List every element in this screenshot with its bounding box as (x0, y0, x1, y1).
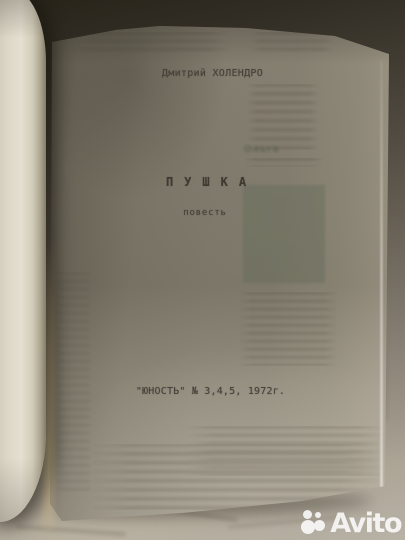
avito-logo-circle (315, 512, 321, 518)
bleedthrough-text-block (244, 158, 324, 167)
bleedthrough-text-block (238, 292, 338, 366)
book-title: ПУШКА (46, 175, 392, 189)
bleedthrough-text-block (250, 32, 334, 53)
avito-wordmark: Avito (330, 510, 401, 537)
genre-label: повесть (46, 208, 392, 218)
author-name: Дмитрий ХОЛЕНДРО (46, 68, 392, 79)
avito-logo-circle (314, 520, 325, 531)
publication-note: "ЮНОСТЬ" № 3,4,5, 1972г. (46, 386, 392, 397)
book-title-page: Ольга Дмитрий ХОЛЕНДРО ПУШКА повесть "ЮН… (46, 24, 392, 526)
avito-logo-icon (301, 507, 327, 534)
book-photo: Ольга Дмитрий ХОЛЕНДРО ПУШКА повесть "ЮН… (0, 0, 405, 540)
bleedthrough-name-text: Ольга (244, 145, 354, 155)
bleedthrough-text-block (70, 32, 230, 53)
turned-page (0, 0, 46, 522)
avito-watermark: Avito (301, 507, 401, 534)
page-edge (380, 60, 383, 490)
bleedthrough-photo (243, 185, 325, 283)
bleedthrough-text-block (247, 84, 319, 150)
bleedthrough-text-block (56, 272, 92, 492)
avito-logo-circle (301, 520, 315, 534)
avito-logo-circle (303, 510, 312, 519)
